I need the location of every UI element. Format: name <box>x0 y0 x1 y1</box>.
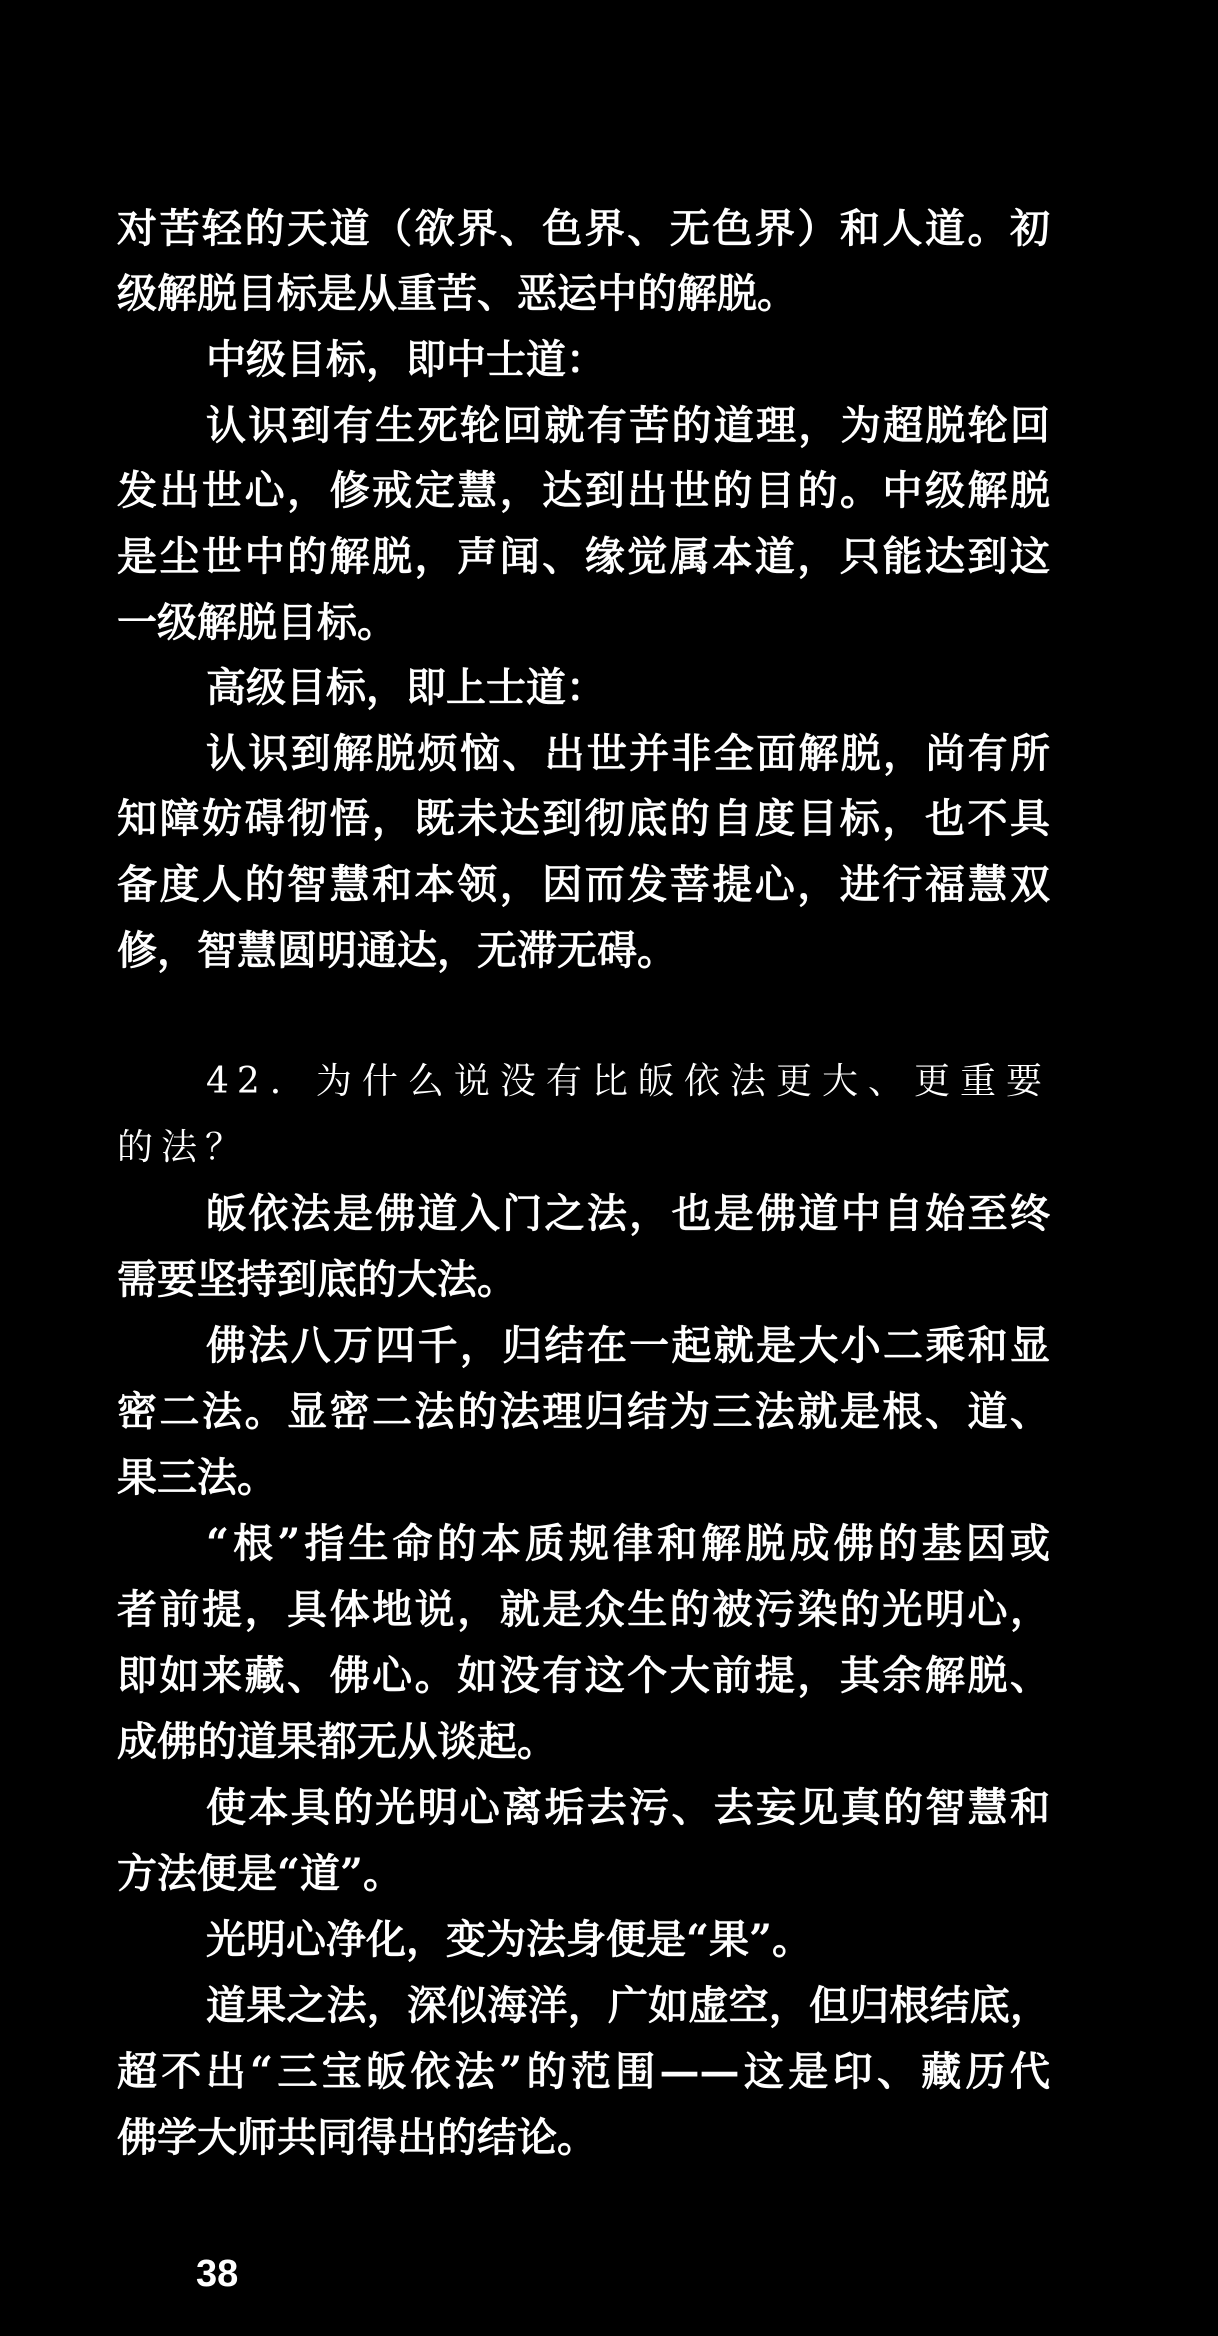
body-text-line: 成佛的道果都无从谈起。 <box>117 1720 1050 1764</box>
body-text-line: 密二法。显密二法的法理归结为三法就是根、道、 <box>117 1390 1050 1434</box>
body-text-line: 知障妨碍彻悟，既未达到彻底的自度目标，也不具 <box>117 797 1050 841</box>
book-page: 对苦轻的天道（欲界、色界、无色界）和人道。初 级解脱目标是从重苦、恶运中的解脱。… <box>0 0 1218 2336</box>
body-text-line: 道果之法，深似海洋，广如虚空，但归根结底， <box>206 1984 1050 2028</box>
body-text-line: 者前提，具体地说，就是众生的被污染的光明心， <box>117 1588 1050 1632</box>
body-text-line: 修，智慧圆明通达，无滞无碍。 <box>117 929 1050 973</box>
body-text-line: 佛法八万四千，归结在一起就是大小二乘和显 <box>206 1324 1050 1368</box>
body-text-line: 超不出“三宝皈依法”的范围——这是印、藏历代 <box>117 2050 1050 2094</box>
body-text-line: 果三法。 <box>117 1456 1050 1500</box>
body-text-line: 认识到解脱烦恼、出世并非全面解脱，尚有所 <box>206 732 1050 776</box>
body-text-line: 即如来藏、佛心。如没有这个大前提，其余解脱、 <box>117 1654 1050 1698</box>
section-heading-42: 42．为什么说没有比皈依法更大、更重要 <box>206 1060 1050 1104</box>
body-text-line: 皈依法是佛道入门之法，也是佛道中自始至终 <box>206 1192 1050 1236</box>
body-text-line: 光明心净化，变为法身便是“果”。 <box>206 1918 1050 1962</box>
body-text-line: 备度人的智慧和本领，因而发菩提心，进行福慧双 <box>117 863 1050 907</box>
body-text-line: 级解脱目标是从重苦、恶运中的解脱。 <box>117 272 1050 316</box>
body-text-line: 需要坚持到底的大法。 <box>117 1258 1050 1302</box>
body-text-line: 方法便是“道”。 <box>117 1852 1050 1896</box>
body-text-line: 对苦轻的天道（欲界、色界、无色界）和人道。初 <box>117 207 1050 251</box>
body-text-line: 佛学大师共同得出的结论。 <box>117 2116 1050 2160</box>
body-text-line: 发出世心，修戒定慧，达到出世的目的。中级解脱 <box>117 469 1050 513</box>
subheading-high-goal: 高级目标，即上士道： <box>206 666 1050 710</box>
body-text-line: 使本具的光明心离垢去污、去妄见真的智慧和 <box>206 1786 1050 1830</box>
page-number: 38 <box>196 2252 238 2296</box>
body-text-line: “根”指生命的本质规律和解脱成佛的基因或 <box>206 1522 1050 1566</box>
subheading-middle-goal: 中级目标，即中士道： <box>206 338 1050 382</box>
body-text-line: 认识到有生死轮回就有苦的道理，为超脱轮回 <box>206 404 1050 448</box>
body-text-line: 一级解脱目标。 <box>117 601 1050 645</box>
body-text-line: 是尘世中的解脱，声闻、缘觉属本道，只能达到这 <box>117 535 1050 579</box>
section-heading-42-continued: 的法？ <box>117 1126 1050 1170</box>
